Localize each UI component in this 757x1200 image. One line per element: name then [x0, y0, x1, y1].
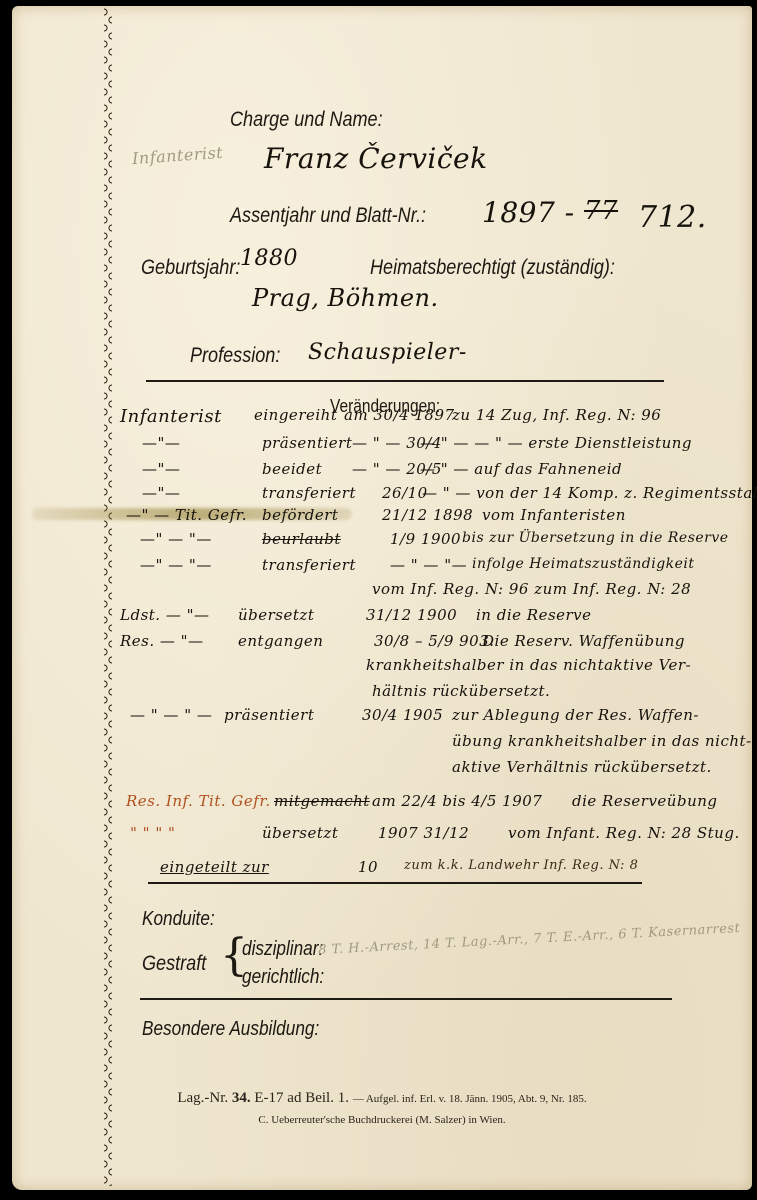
- charge-name-label: Charge und Name:: [230, 108, 383, 132]
- konduite-label: Konduite:: [142, 908, 215, 931]
- besondere-label: Besondere Ausbildung:: [142, 1018, 319, 1041]
- gerichtlich-label: gerichtlich:: [242, 966, 324, 989]
- footer-printer: C. Ueberreuter'sche Buchdruckerei (M. Sa…: [12, 1114, 752, 1126]
- footer-line-1: Lag.-Nr. 34. E-17 ad Beil. 1. — Aufgel. …: [12, 1090, 752, 1107]
- change-row: Res. Inf. Tit. Gefr.mitgemachtam 22/4 bi…: [12, 792, 752, 820]
- change-row: — " — " —präsentiert30/4 1905zur Ablegun…: [12, 706, 752, 734]
- change-row: krankheitshalber in das nichtaktive Ver-: [12, 656, 752, 684]
- change-row: aktive Verhältnis rückübersetzt.: [12, 758, 752, 786]
- divider-line: [146, 380, 664, 382]
- footer-decree: — Aufgel. inf. Erl. v. 18. Jänn. 1905, A…: [353, 1093, 587, 1105]
- konduite-divider: [140, 998, 672, 1000]
- name-value: Franz Červiček: [264, 142, 488, 175]
- change-row: " " " "übersetzt1907 31/12vom Infant. Re…: [12, 824, 752, 852]
- change-row: —" — "—beurlaubt1/9 1900bis zur Übersetz…: [12, 530, 752, 558]
- change-row: Ldst. — "—übersetzt31/12 1900in die Rese…: [12, 606, 752, 634]
- geburtsjahr-label: Geburtsjahr:: [141, 256, 240, 280]
- heimat-value: Prag, Böhmen.: [252, 284, 439, 312]
- margin-note: Infanterist: [131, 143, 223, 168]
- footer-lag-prefix: Lag.-Nr.: [177, 1090, 228, 1106]
- footer-form-id: E-17 ad Beil. 1.: [254, 1090, 349, 1106]
- change-row: Infanteristeingereihtam 30/4 1897zu 14 Z…: [12, 406, 752, 434]
- profession-value: Schauspieler-: [308, 340, 467, 365]
- change-row: —"—präsentiert— " — 30/4— " — — " — erst…: [12, 434, 752, 462]
- footer-lag-number: 34.: [232, 1090, 251, 1106]
- disziplinar-value: 8 T. H.-Arrest, 14 T. Lag.-Arr., 7 T. E.…: [318, 921, 741, 958]
- change-row: vom Inf. Reg. N: 96 zum Inf. Reg. N: 28: [12, 580, 752, 608]
- assentjahr-label: Assentjahr und Blatt-Nr.:: [230, 204, 426, 228]
- blatt-value: 712.: [638, 200, 707, 235]
- geburtsjahr-value: 1880: [240, 246, 298, 271]
- gestraft-label: Gestraft: [142, 952, 206, 976]
- blatt-struck-value: 77: [584, 196, 618, 226]
- change-row: übung krankheitshalber in das nicht-: [12, 732, 752, 760]
- changes-divider: [148, 882, 642, 884]
- assentjahr-value: 1897 -: [482, 196, 575, 229]
- profession-label: Profession:: [190, 344, 280, 368]
- heimat-label: Heimatsberechtigt (zuständig):: [370, 256, 615, 280]
- military-record-card: Charge und Name: Infanterist Franz Červi…: [12, 6, 752, 1190]
- disziplinar-label: disziplinar:: [242, 938, 323, 961]
